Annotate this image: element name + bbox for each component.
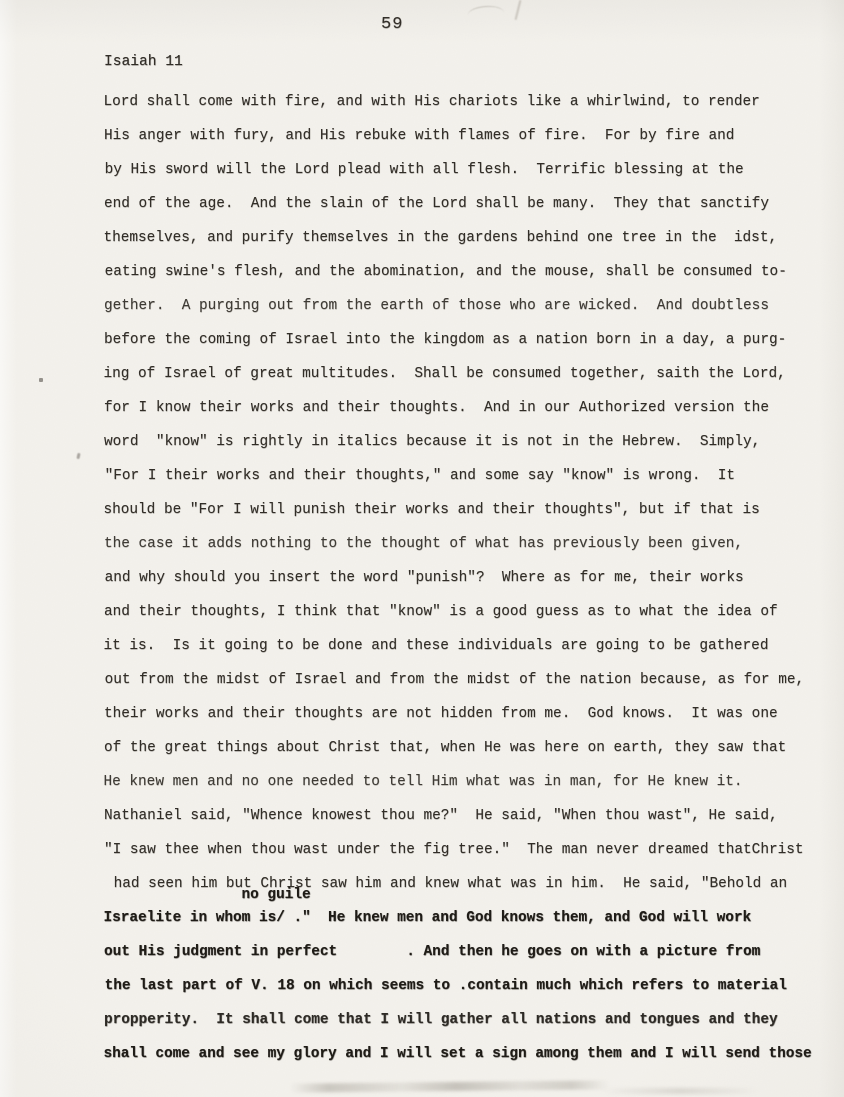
text-line-content: word "know" is rightly in italics becaus…: [104, 434, 760, 450]
text-line: of the great things about Christ that, w…: [104, 731, 824, 765]
text-line-content: and why should you insert the word "puni…: [105, 570, 744, 586]
text-line-content: eating swine's flesh, and the abominatio…: [105, 264, 787, 280]
typewritten-page: 59 Isaiah 11 Lord shall come with fire, …: [0, 0, 844, 1097]
text-line-content: Lord shall come with fire, and with His …: [104, 94, 760, 110]
text-line-content: He knew men and no one needed to tell Hi…: [104, 774, 743, 790]
text-line: should be "For I will punish their works…: [104, 493, 824, 527]
text-line: out from the midst of Israel and from th…: [105, 663, 825, 697]
text-line-content: had seen him but Christ saw him and knew…: [114, 876, 788, 892]
text-line-content: should be "For I will punish their works…: [104, 502, 760, 518]
text-line: and their thoughts, I think that "know" …: [104, 595, 824, 629]
document-body: Lord shall come with fire, and with His …: [104, 85, 824, 1071]
ink-speck: [76, 453, 80, 459]
text-line: and why should you insert the word "puni…: [105, 561, 825, 595]
text-line: their works and their thoughts are not h…: [104, 697, 824, 731]
text-line-content: end of the age. And the slain of the Lor…: [104, 196, 769, 212]
text-line-content: ing of Israel of great multitudes. Shall…: [104, 366, 786, 382]
text-line-content: by His sword will the Lord plead with al…: [105, 162, 744, 178]
text-line-content: out His judgment in perfect . And then h…: [104, 944, 760, 960]
text-line: Nathaniel said, "Whence knowest thou me?…: [104, 799, 824, 833]
text-line-content: Israelite in whom is/ ." He knew men and…: [104, 910, 752, 926]
page-number: 59: [381, 15, 403, 34]
text-line-content: it is. Is it going to be done and these …: [104, 638, 769, 654]
text-line-content: themselves, and purify themselves in the…: [104, 230, 778, 246]
text-line: it is. Is it going to be done and these …: [104, 629, 824, 663]
pencil-mark: [467, 4, 504, 23]
text-line: Lord shall come with fire, and with His …: [104, 85, 824, 119]
text-line: "I saw thee when thou wast under the fig…: [104, 833, 824, 867]
pencil-mark: [515, 0, 522, 20]
text-line: the last part of V. 18 on which seems to…: [105, 969, 825, 1003]
text-line: the case it adds nothing to the thought …: [104, 527, 824, 561]
text-line-content: Nathaniel said, "Whence knowest thou me?…: [104, 808, 778, 824]
text-line-content: His anger with fury, and His rebuke with…: [104, 128, 734, 144]
text-line: before the coming of Israel into the kin…: [104, 323, 824, 357]
text-line: word "know" is rightly in italics becaus…: [104, 425, 824, 459]
text-line-content: and their thoughts, I think that "know" …: [104, 604, 778, 620]
ink-speck: [39, 378, 43, 382]
typed-interline-correction: no guile: [242, 888, 311, 902]
text-line-content: for I know their works and their thought…: [104, 400, 769, 416]
text-line-content: "I saw thee when thou wast under the fig…: [104, 842, 804, 858]
text-line: end of the age. And the slain of the Lor…: [104, 187, 824, 221]
text-line: His anger with fury, and His rebuke with…: [104, 119, 824, 153]
text-line: by His sword will the Lord plead with al…: [105, 153, 825, 187]
text-line-content: propperity. It shall come that I will ga…: [104, 1012, 778, 1028]
text-line: propperity. It shall come that I will ga…: [104, 1003, 824, 1037]
text-line-content: shall come and see my glory and I will s…: [104, 1046, 812, 1062]
text-line-content: before the coming of Israel into the kin…: [104, 332, 786, 348]
text-line: ing of Israel of great multitudes. Shall…: [104, 357, 824, 391]
text-line-content: of the great things about Christ that, w…: [104, 740, 786, 756]
text-line-content: out from the midst of Israel and from th…: [105, 672, 805, 688]
scan-smudge: [600, 1088, 760, 1094]
text-line: had seen him but Christ saw him and knew…: [105, 867, 825, 901]
text-line: Israelite in whom is/ ." He knew men and…: [104, 901, 824, 935]
text-line: eating swine's flesh, and the abominatio…: [105, 255, 825, 289]
text-line: gether. A purging out from the earth of …: [104, 289, 824, 323]
text-line-content: their works and their thoughts are not h…: [104, 706, 778, 722]
text-line-content: the case it adds nothing to the thought …: [104, 536, 743, 552]
text-line: shall come and see my glory and I will s…: [104, 1037, 824, 1071]
text-line: for I know their works and their thought…: [104, 391, 824, 425]
text-line-content: gether. A purging out from the earth of …: [104, 298, 769, 314]
chapter-heading: Isaiah 11: [104, 54, 183, 70]
text-line: themselves, and purify themselves in the…: [104, 221, 824, 255]
text-line: "For I their works and their thoughts," …: [105, 459, 825, 493]
text-line-content: the last part of V. 18 on which seems to…: [105, 978, 787, 994]
text-line: He knew men and no one needed to tell Hi…: [104, 765, 824, 799]
text-line-content: "For I their works and their thoughts," …: [105, 468, 735, 484]
scan-smudge: [290, 1080, 610, 1092]
text-line: out His judgment in perfect . And then h…: [104, 935, 824, 969]
